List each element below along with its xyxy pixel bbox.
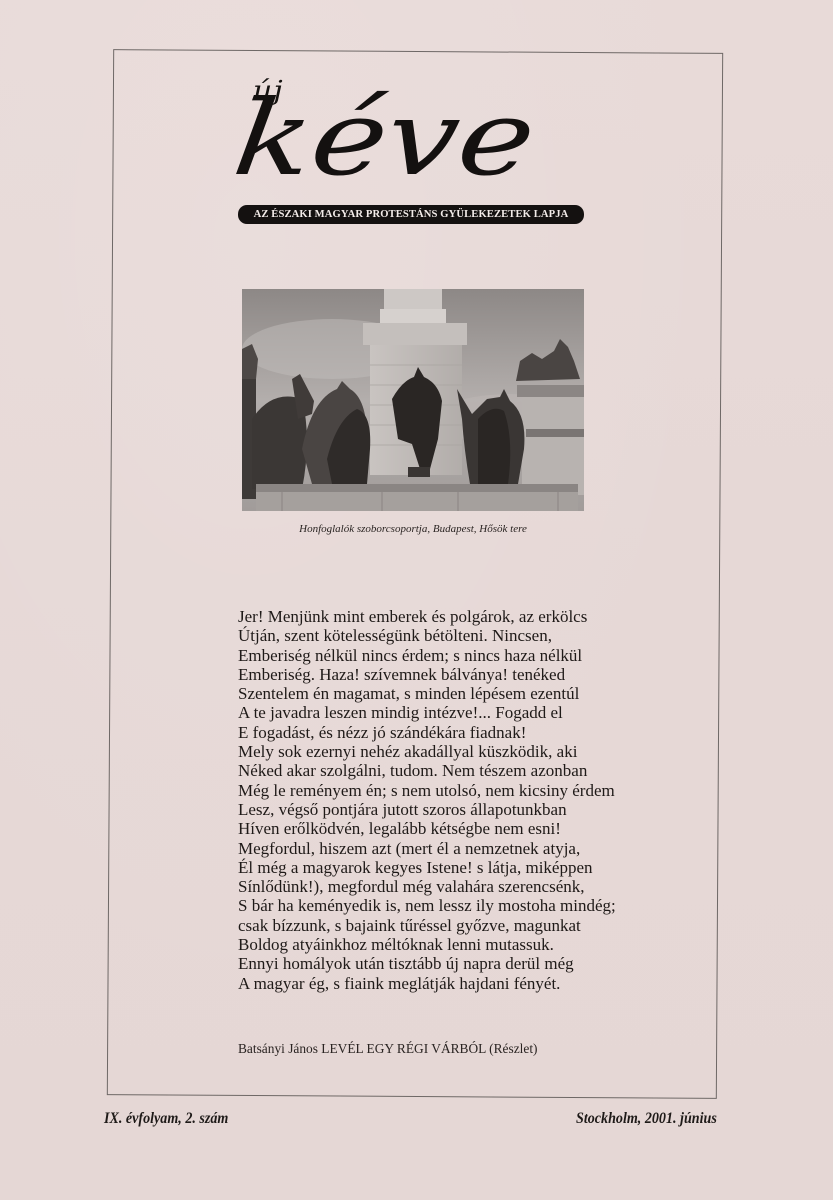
magazine-cover: új kéve AZ ÉSZAKI MAGYAR PROTESTÁNS GYÜL…	[0, 0, 833, 1200]
issue-number: IX. évfolyam, 2. szám	[104, 1110, 228, 1128]
poem-line: A magyar ég, s fiaink meglátják hajdani …	[238, 974, 638, 993]
poem-line: Él még a magyarok kegyes Istene! s látja…	[238, 858, 638, 877]
poem-line: A te javadra leszen mindig intézve!... F…	[238, 703, 638, 722]
poem-line: Lesz, végső pontjára jutott szoros állap…	[238, 800, 638, 819]
poem-line: csak bízzunk, s bajaink tűréssel győzve,…	[238, 916, 638, 935]
poem-line: E fogadást, és nézz jó szándékára fiadna…	[238, 723, 638, 742]
cover-photo	[242, 289, 584, 511]
poem-line: S bár ha keményedik is, nem lessz ily mo…	[238, 896, 638, 915]
poem-excerpt: Jer! Menjünk mint emberek és polgárok, a…	[238, 607, 638, 993]
poem-line: Emberiség nélkül nincs érdem; s nincs ha…	[238, 646, 638, 665]
poem-line: Boldog atyáinkhoz méltóknak lenni mutass…	[238, 935, 638, 954]
poem-line: Híven erőlködvén, legalább kétségbe nem …	[238, 819, 638, 838]
poem-line: Jer! Menjünk mint emberek és polgárok, a…	[238, 607, 638, 626]
statue-photo-illustration	[242, 289, 584, 511]
poem-line: Mely sok ezernyi nehéz akadállyal küszkö…	[238, 742, 638, 761]
poem-line: Szentelem én magamat, s minden lépésem e…	[238, 684, 638, 703]
poem-line: Útján, szent kötelességünk bétölteni. Ni…	[238, 626, 638, 645]
poem-attribution: Batsányi János LEVÉL EGY RÉGI VÁRBÓL (Ré…	[238, 1041, 538, 1057]
masthead-subtitle-banner: AZ ÉSZAKI MAGYAR PROTESTÁNS GYÜLEKEZETEK…	[238, 205, 584, 224]
photo-caption: Honfoglalók szoborcsoportja, Budapest, H…	[242, 523, 584, 535]
place-and-date: Stockholm, 2001. június	[576, 1110, 717, 1128]
poem-line: Emberiség. Haza! szívemnek bálványa! ten…	[238, 665, 638, 684]
poem-line: Ennyi homályok után tisztább új napra de…	[238, 954, 638, 973]
poem-line: Sínlődünk!), megfordul még valahára szer…	[238, 877, 638, 896]
masthead-title: kéve	[229, 86, 541, 190]
poem-line: Még le reményem én; s nem utolsó, nem ki…	[238, 781, 638, 800]
masthead: új kéve AZ ÉSZAKI MAGYAR PROTESTÁNS GYÜL…	[238, 72, 588, 232]
poem-line: Megfordul, hiszem azt (mert él a nemzetn…	[238, 839, 638, 858]
poem-line: Néked akar szolgálni, tudom. Nem tészem …	[238, 761, 638, 780]
